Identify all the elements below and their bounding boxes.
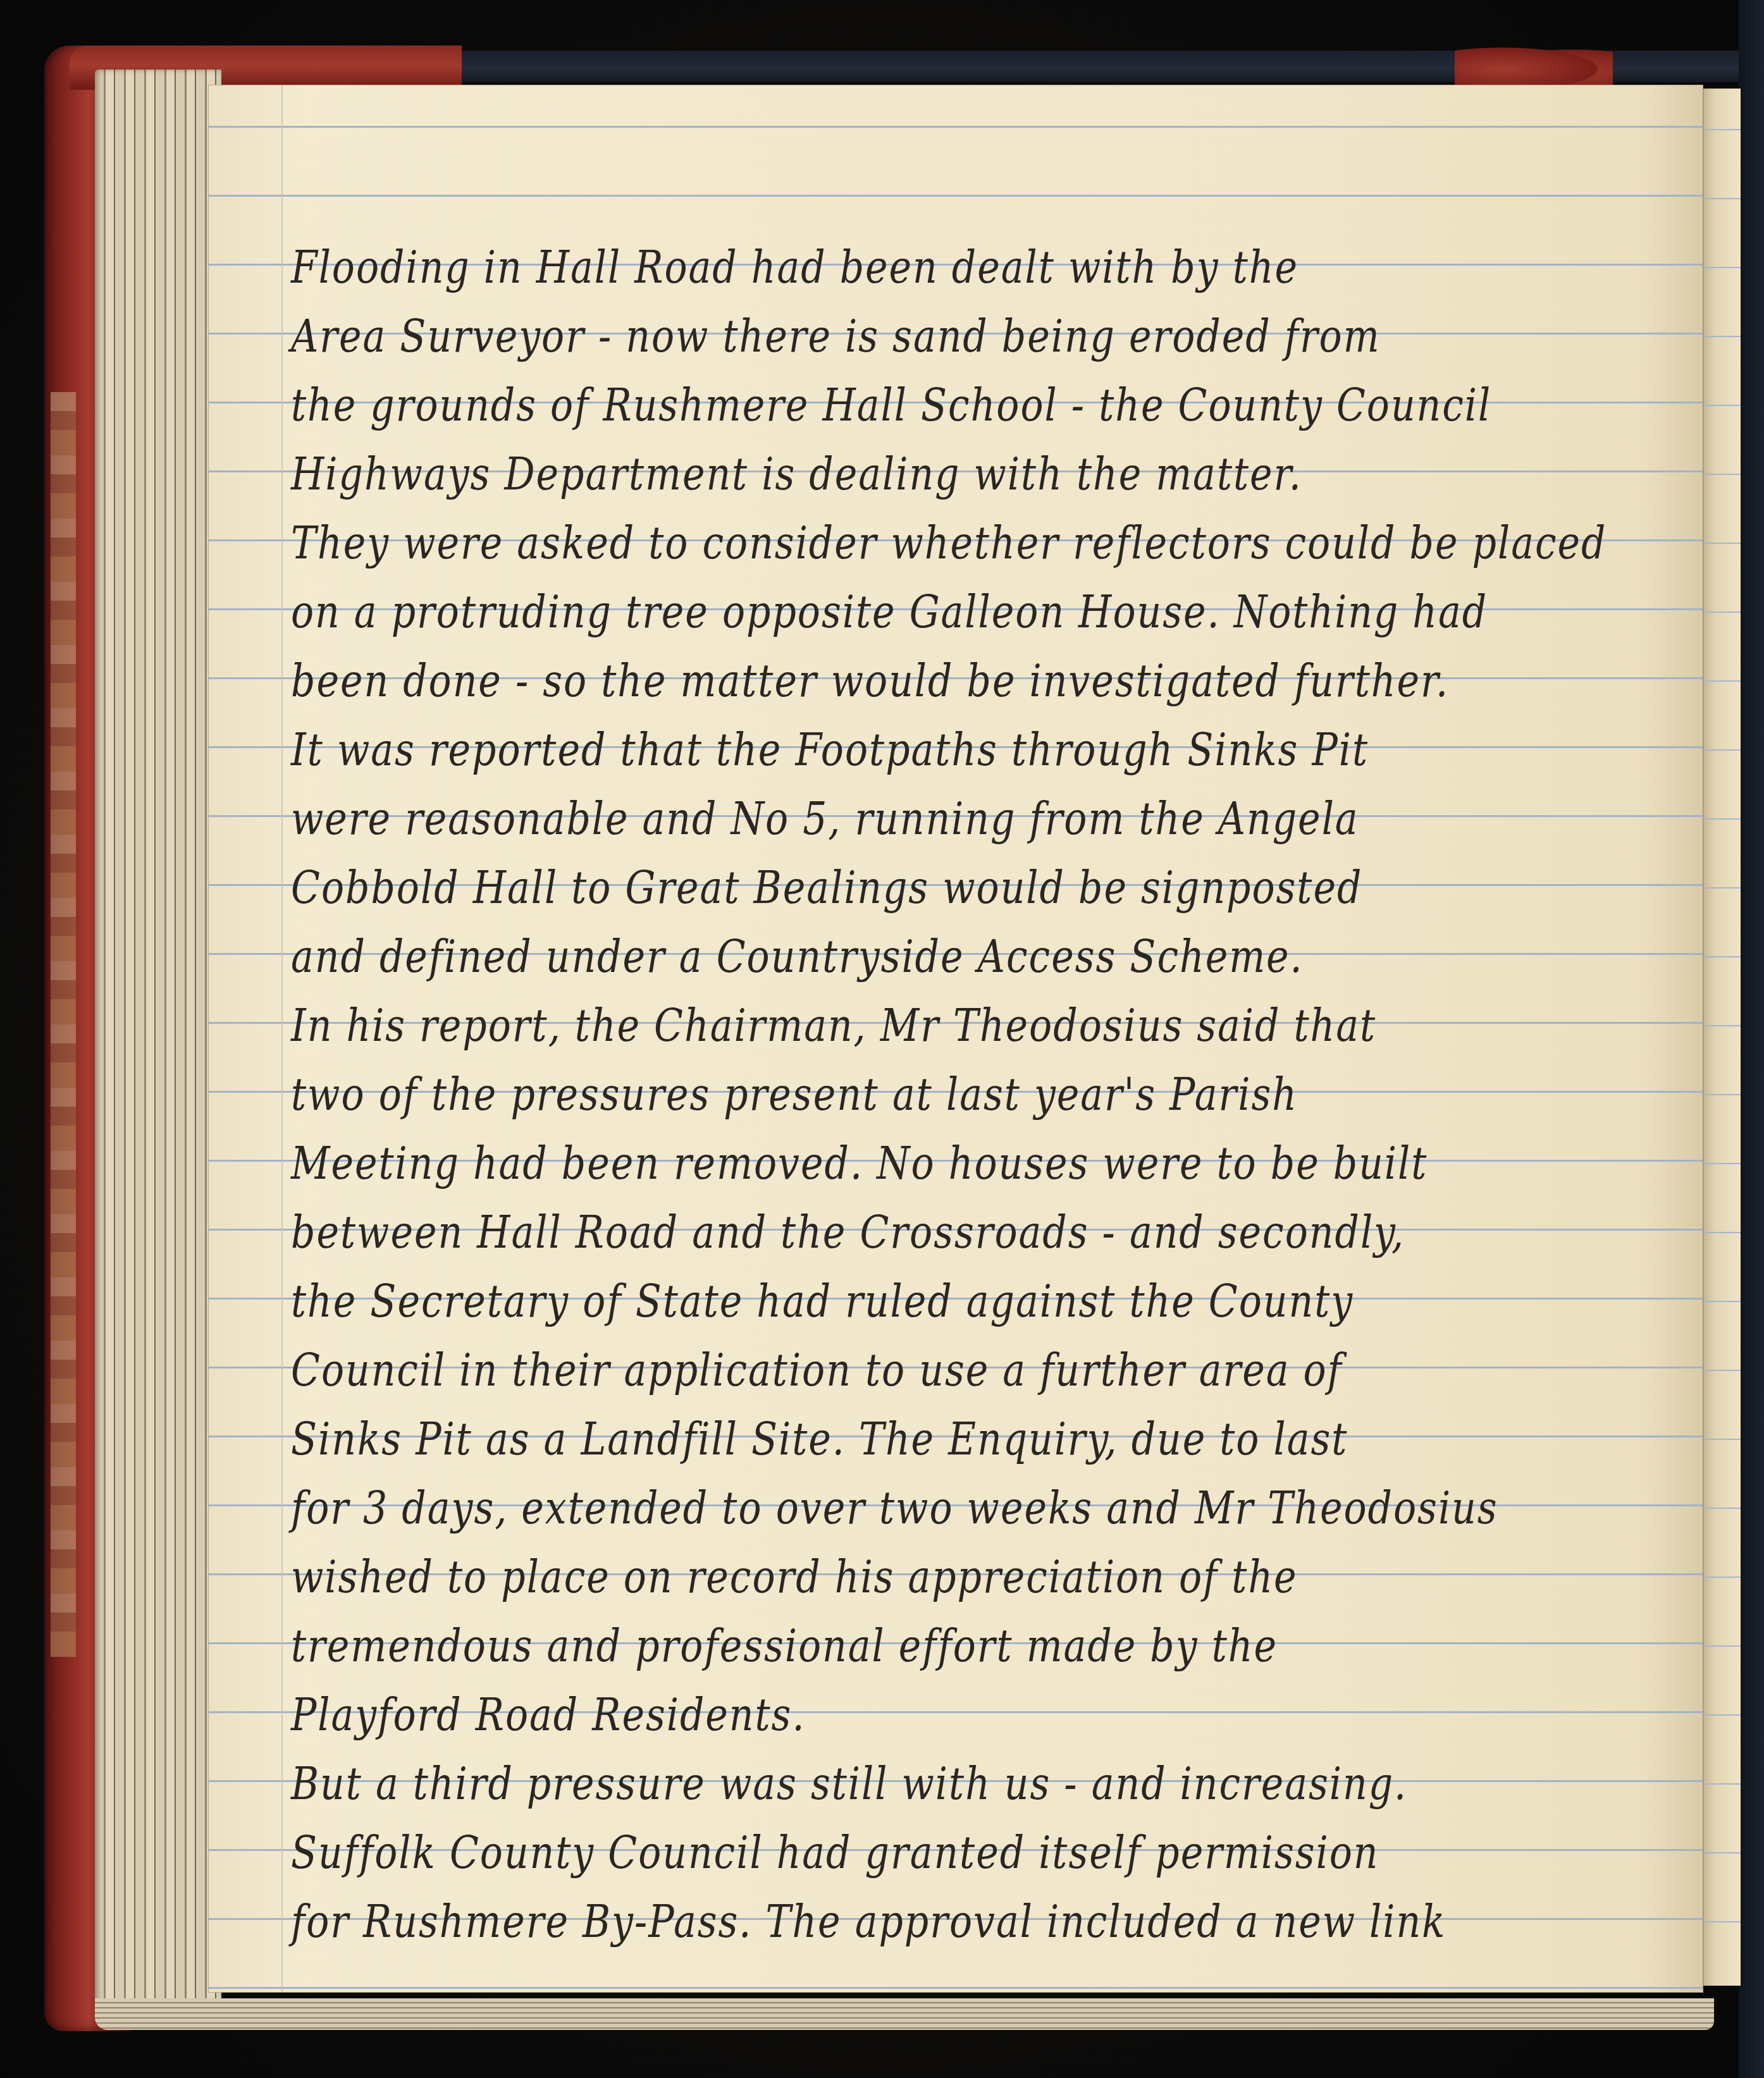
stacked-page-edges-bottom xyxy=(95,1998,1714,2030)
margin-line xyxy=(281,85,283,1992)
handwritten-text: Flooding in Hall Road had been dealt wit… xyxy=(291,237,1701,1960)
stacked-page-edges xyxy=(95,70,221,2024)
frayed-binding-top-right xyxy=(1455,44,1613,85)
facing-page-edge xyxy=(1703,89,1741,1986)
scanned-notebook: Flooding in Hall Road had been dealt wit… xyxy=(0,0,1764,2078)
text-line: for Rushmere By-Pass. The approval inclu… xyxy=(291,1881,1701,1963)
frayed-binding-edge xyxy=(51,392,76,1657)
book-cover-right xyxy=(1739,0,1764,2078)
facing-page-ruled-lines xyxy=(1704,89,1741,1986)
